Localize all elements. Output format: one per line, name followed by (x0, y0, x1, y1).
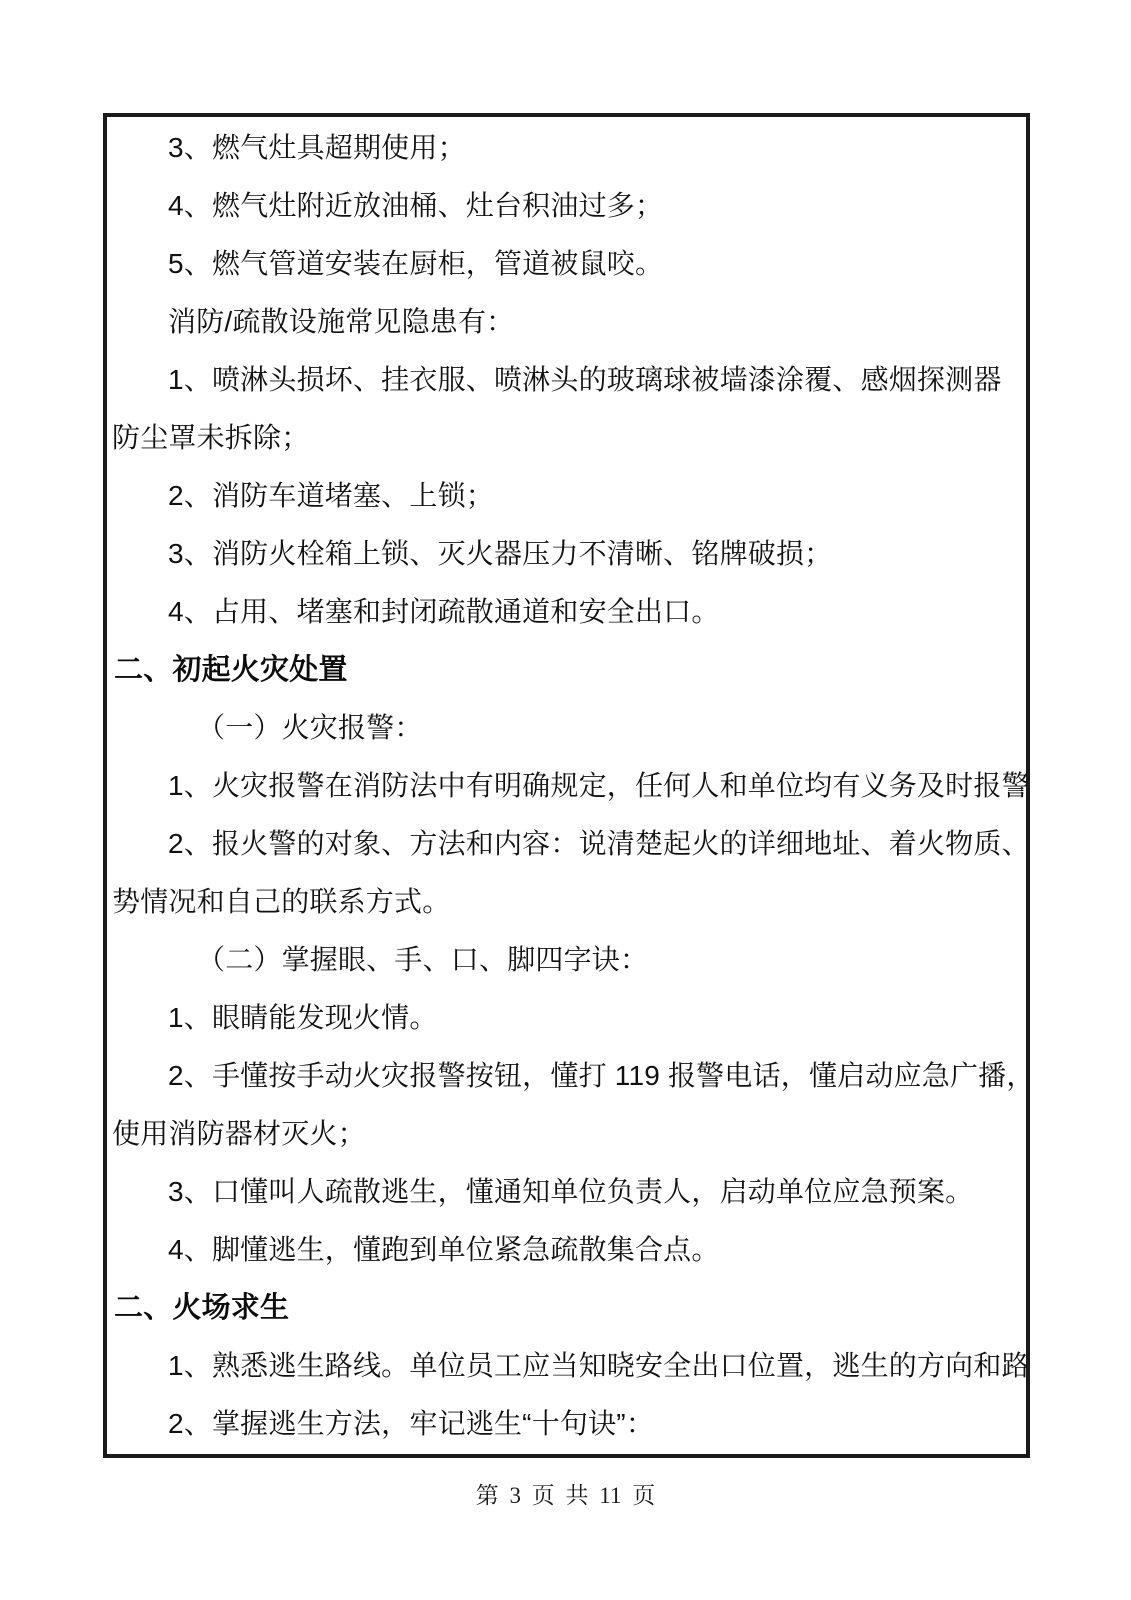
paragraph-line: 1、熟悉逃生路线。单位员工应当知晓安全出口位置，逃生的方向和路线。 (112, 1337, 1020, 1395)
paragraph-line: 2、手懂按手动火灾报警按钮，懂打 119 报警电话，懂启动应急广播，懂 (112, 1047, 1020, 1105)
paragraph-line: 防尘罩未拆除； (112, 409, 1020, 467)
page-number-footer: 第 3 页 共 11 页 (0, 1482, 1131, 1510)
paragraph-line: 4、燃气灶附近放油桶、灶台积油过多； (112, 177, 1020, 235)
section-heading: 二、初起火灾处置 (112, 641, 1020, 699)
paragraph-line: 3、燃气灶具超期使用； (112, 119, 1020, 177)
paragraph-line: 1、火灾报警在消防法中有明确规定，任何人和单位均有义务及时报警。 (112, 757, 1020, 815)
document-body: 3、燃气灶具超期使用；4、燃气灶附近放油桶、灶台积油过多；5、燃气管道安装在厨柜… (112, 119, 1020, 1453)
paragraph-line: 1、眼睛能发现火情。 (112, 989, 1020, 1047)
paragraph-line: 2、掌握逃生方法，牢记逃生“十句诀”： (112, 1395, 1020, 1453)
paragraph-line: 势情况和自己的联系方式。 (112, 873, 1020, 931)
document-page: 3、燃气灶具超期使用；4、燃气灶附近放油桶、灶台积油过多；5、燃气管道安装在厨柜… (0, 0, 1131, 1600)
paragraph-line: 2、消防车道堵塞、上锁； (112, 467, 1020, 525)
paragraph-line: 1、喷淋头损坏、挂衣服、喷淋头的玻璃球被墙漆涂覆、感烟探测器 (112, 351, 1020, 409)
paragraph-line: 4、脚懂逃生，懂跑到单位紧急疏散集合点。 (112, 1221, 1020, 1279)
paragraph-line: 3、口懂叫人疏散逃生，懂通知单位负责人，启动单位应急预案。 (112, 1163, 1020, 1221)
paragraph-line: 4、占用、堵塞和封闭疏散通道和安全出口。 (112, 583, 1020, 641)
paragraph-line: （二）掌握眼、手、口、脚四字诀： (112, 931, 1020, 989)
paragraph-line: 2、报火警的对象、方法和内容：说清楚起火的详细地址、着火物质、火 (112, 815, 1020, 873)
document-table-cell: 3、燃气灶具超期使用；4、燃气灶附近放油桶、灶台积油过多；5、燃气管道安装在厨柜… (103, 113, 1030, 1458)
paragraph-line: 消防/疏散设施常见隐患有： (112, 293, 1020, 351)
paragraph-line: 使用消防器材灭火； (112, 1105, 1020, 1163)
paragraph-line: （一）火灾报警： (112, 699, 1020, 757)
paragraph-line: 5、燃气管道安装在厨柜，管道被鼠咬。 (112, 235, 1020, 293)
paragraph-line: 3、消防火栓箱上锁、灭火器压力不清晰、铭牌破损； (112, 525, 1020, 583)
section-heading: 二、火场求生 (112, 1279, 1020, 1337)
